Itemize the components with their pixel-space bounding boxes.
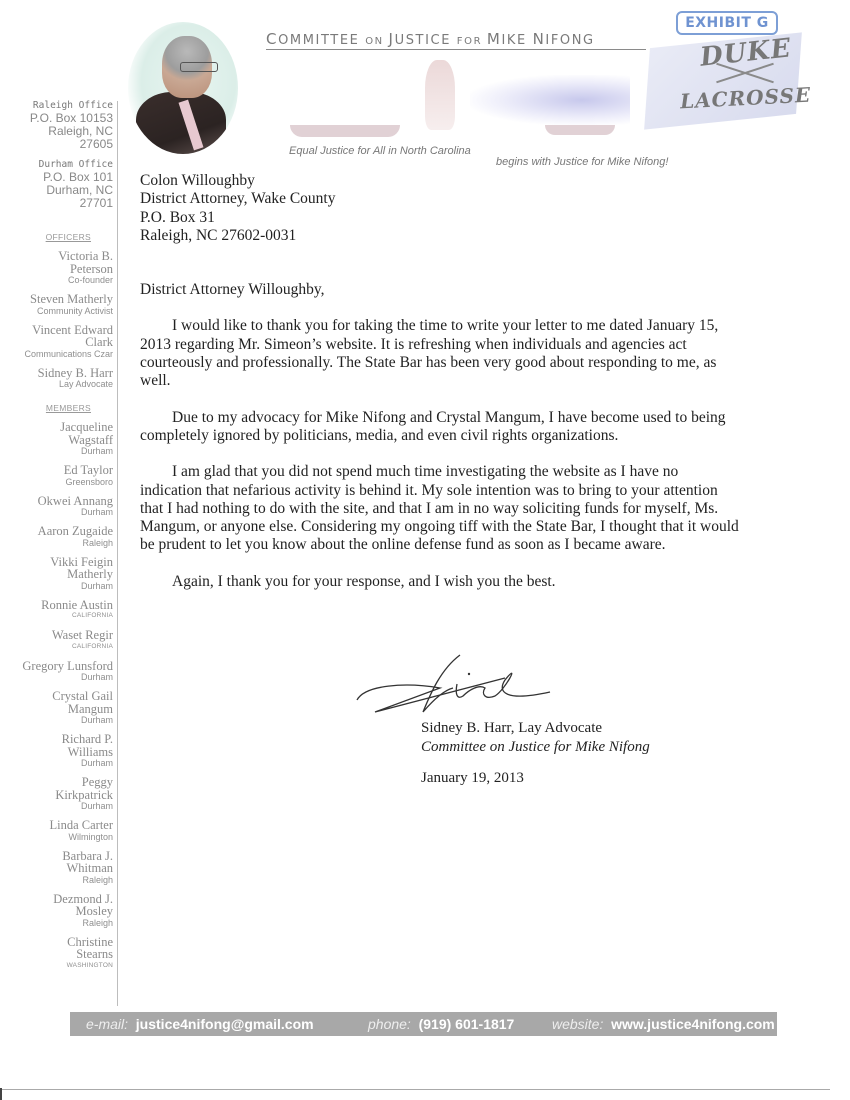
footer-email: e-mail: justice4nifong@gmail.com <box>86 1012 314 1036</box>
contact-footer: e-mail: justice4nifong@gmail.com phone: … <box>70 1012 777 1036</box>
email-link[interactable]: justice4nifong@gmail.com <box>136 1016 314 1032</box>
office-address: Durham OfficeP.O. Box 101Durham, NC27701 <box>0 159 113 210</box>
member-location: Durham <box>0 446 113 456</box>
member-location: Raleigh <box>0 918 113 928</box>
paragraph: Due to my advocacy for Mike Nifong and C… <box>140 409 740 446</box>
officer-role: Community Activist <box>0 306 113 316</box>
paragraph: Again, I thank you for your response, an… <box>140 573 740 591</box>
officer-role: Communications Czar <box>0 349 113 359</box>
member-list: JacquelineWagstaffDurhamEd TaylorGreensb… <box>0 421 113 971</box>
member-name: Peggy <box>0 776 113 789</box>
crossed-lacrosse-sticks-icon <box>715 60 775 86</box>
officer-role: Lay Advocate <box>0 379 113 389</box>
member-entry: Dezmond J.MosleyRaleigh <box>0 893 113 928</box>
footer-phone: phone: (919) 601-1817 <box>368 1012 514 1036</box>
officers-heading: OFFICERS <box>0 232 91 242</box>
member-name: Mangum <box>0 703 113 716</box>
member-entry: Linda CarterWilmington <box>0 819 113 842</box>
lady-justice-icon <box>425 60 455 130</box>
justice-scale-art <box>250 55 670 145</box>
member-location: CALIFORNIA <box>0 611 113 621</box>
swoosh-graphic <box>470 75 630 125</box>
member-entry: Aaron ZugaideRaleigh <box>0 525 113 548</box>
signer-name: Sidney B. Harr, Lay Advocate <box>421 719 650 738</box>
member-entry: PeggyKirkpatrickDurham <box>0 776 113 811</box>
member-location: Durham <box>0 507 113 517</box>
officer-entry: Steven MatherlyCommunity Activist <box>0 293 113 316</box>
exhibit-label: EXHIBIT G <box>676 11 778 35</box>
member-name: Gregory Lunsford <box>0 660 113 673</box>
letterhead-title: COMMITTEE ON JUSTICE FOR MIKE NIFONG <box>266 30 646 50</box>
tagline-line-2: begins with Justice for Mike Nifong! <box>496 156 668 168</box>
member-entry: Okwei AnnangDurham <box>0 495 113 518</box>
member-name: Aaron Zugaide <box>0 525 113 538</box>
website-link[interactable]: www.justice4nifong.com <box>611 1016 775 1032</box>
officer-list: Victoria B.PetersonCo-founderSteven Math… <box>0 250 113 389</box>
recipient-city: Raleigh, NC 27602-0031 <box>140 227 740 245</box>
member-name: Okwei Annang <box>0 495 113 508</box>
footer-website: website: www.justice4nifong.com <box>552 1012 775 1036</box>
scan-edge-mark <box>0 1088 2 1100</box>
phone-number: (919) 601-1817 <box>419 1016 515 1032</box>
salutation: District Attorney Willoughby, <box>140 281 740 299</box>
officer-name: Victoria B. <box>0 250 113 263</box>
member-name: Waset Regir <box>0 629 113 642</box>
member-name: Whitman <box>0 862 113 875</box>
email-label: e-mail: <box>86 1016 128 1032</box>
member-location: Durham <box>0 715 113 725</box>
member-name: Linda Carter <box>0 819 113 832</box>
paragraph: I am glad that you did not spend much ti… <box>140 463 740 554</box>
member-name: Wagstaff <box>0 434 113 447</box>
member-name: Jacqueline <box>0 421 113 434</box>
member-entry: Barbara J.WhitmanRaleigh <box>0 850 113 885</box>
tagline-line-1: Equal Justice for All in North Carolina <box>289 145 471 157</box>
officer-role: Co-founder <box>0 275 113 285</box>
portrait-photo <box>128 22 238 154</box>
signer-organization: Committee on Justice for Mike Nifong <box>421 738 650 757</box>
portrait-glasses <box>180 62 218 72</box>
member-location: Raleigh <box>0 875 113 885</box>
member-location: Durham <box>0 581 113 591</box>
member-location: CALIFORNIA <box>0 642 113 652</box>
member-name: Ronnie Austin <box>0 599 113 612</box>
members-heading: MEMBERS <box>0 403 91 413</box>
phone-label: phone: <box>368 1016 411 1032</box>
member-entry: Waset RegirCALIFORNIA <box>0 629 113 652</box>
member-location: Greensboro <box>0 477 113 487</box>
letter-date: January 19, 2013 <box>421 769 650 788</box>
scan-edge-line <box>0 1089 830 1090</box>
member-entry: Ronnie AustinCALIFORNIA <box>0 599 113 622</box>
member-location: Wilmington <box>0 832 113 842</box>
office-line: 27701 <box>0 197 113 210</box>
member-entry: Crystal GailMangumDurham <box>0 690 113 725</box>
office-line: 27605 <box>0 138 113 151</box>
member-name: Crystal Gail <box>0 690 113 703</box>
member-name: Kirkpatrick <box>0 789 113 802</box>
member-name: Ed Taylor <box>0 464 113 477</box>
member-entry: Richard P.WilliamsDurham <box>0 733 113 768</box>
member-location: WASHINGTON <box>0 961 113 971</box>
recipient-name: Colon Willoughby <box>140 172 740 190</box>
member-entry: ChristineStearnsWASHINGTON <box>0 936 113 971</box>
recipient-po-box: P.O. Box 31 <box>140 209 740 227</box>
member-name: Mosley <box>0 905 113 918</box>
member-entry: Gregory LunsfordDurham <box>0 660 113 683</box>
website-label: website: <box>552 1016 603 1032</box>
member-location: Durham <box>0 758 113 768</box>
member-entry: Vikki FeiginMatherlyDurham <box>0 556 113 591</box>
member-entry: Ed TaylorGreensboro <box>0 464 113 487</box>
officer-entry: Vincent EdwardClarkCommunications Czar <box>0 324 113 359</box>
member-entry: JacquelineWagstaffDurham <box>0 421 113 456</box>
signature-block: Sidney B. Harr, Lay Advocate Committee o… <box>421 719 650 788</box>
office-list: Raleigh OfficeP.O. Box 10153Raleigh, NC2… <box>0 100 113 210</box>
letter-body: Colon Willoughby District Attorney, Wake… <box>140 172 740 591</box>
sidebar-divider <box>117 101 118 1006</box>
member-name: Williams <box>0 746 113 759</box>
officer-name: Peterson <box>0 263 113 276</box>
member-name: Stearns <box>0 948 113 961</box>
sidebar: Raleigh OfficeP.O. Box 10153Raleigh, NC2… <box>0 100 113 979</box>
officer-entry: Victoria B.PetersonCo-founder <box>0 250 113 285</box>
scale-pan-right-icon <box>545 125 615 135</box>
scale-pan-left-icon <box>290 125 400 137</box>
member-name: Matherly <box>0 568 113 581</box>
officer-name: Steven Matherly <box>0 293 113 306</box>
member-location: Durham <box>0 801 113 811</box>
member-location: Raleigh <box>0 538 113 548</box>
officer-name: Sidney B. Harr <box>0 367 113 380</box>
officer-name: Clark <box>0 336 113 349</box>
member-name: Richard P. <box>0 733 113 746</box>
handwritten-signature <box>345 650 555 720</box>
member-location: Durham <box>0 672 113 682</box>
office-address: Raleigh OfficeP.O. Box 10153Raleigh, NC2… <box>0 100 113 151</box>
recipient-title: District Attorney, Wake County <box>140 190 740 208</box>
paragraph: I would like to thank you for taking the… <box>140 317 740 390</box>
officer-entry: Sidney B. HarrLay Advocate <box>0 367 113 390</box>
recipient-address: Colon Willoughby District Attorney, Wake… <box>140 172 740 245</box>
